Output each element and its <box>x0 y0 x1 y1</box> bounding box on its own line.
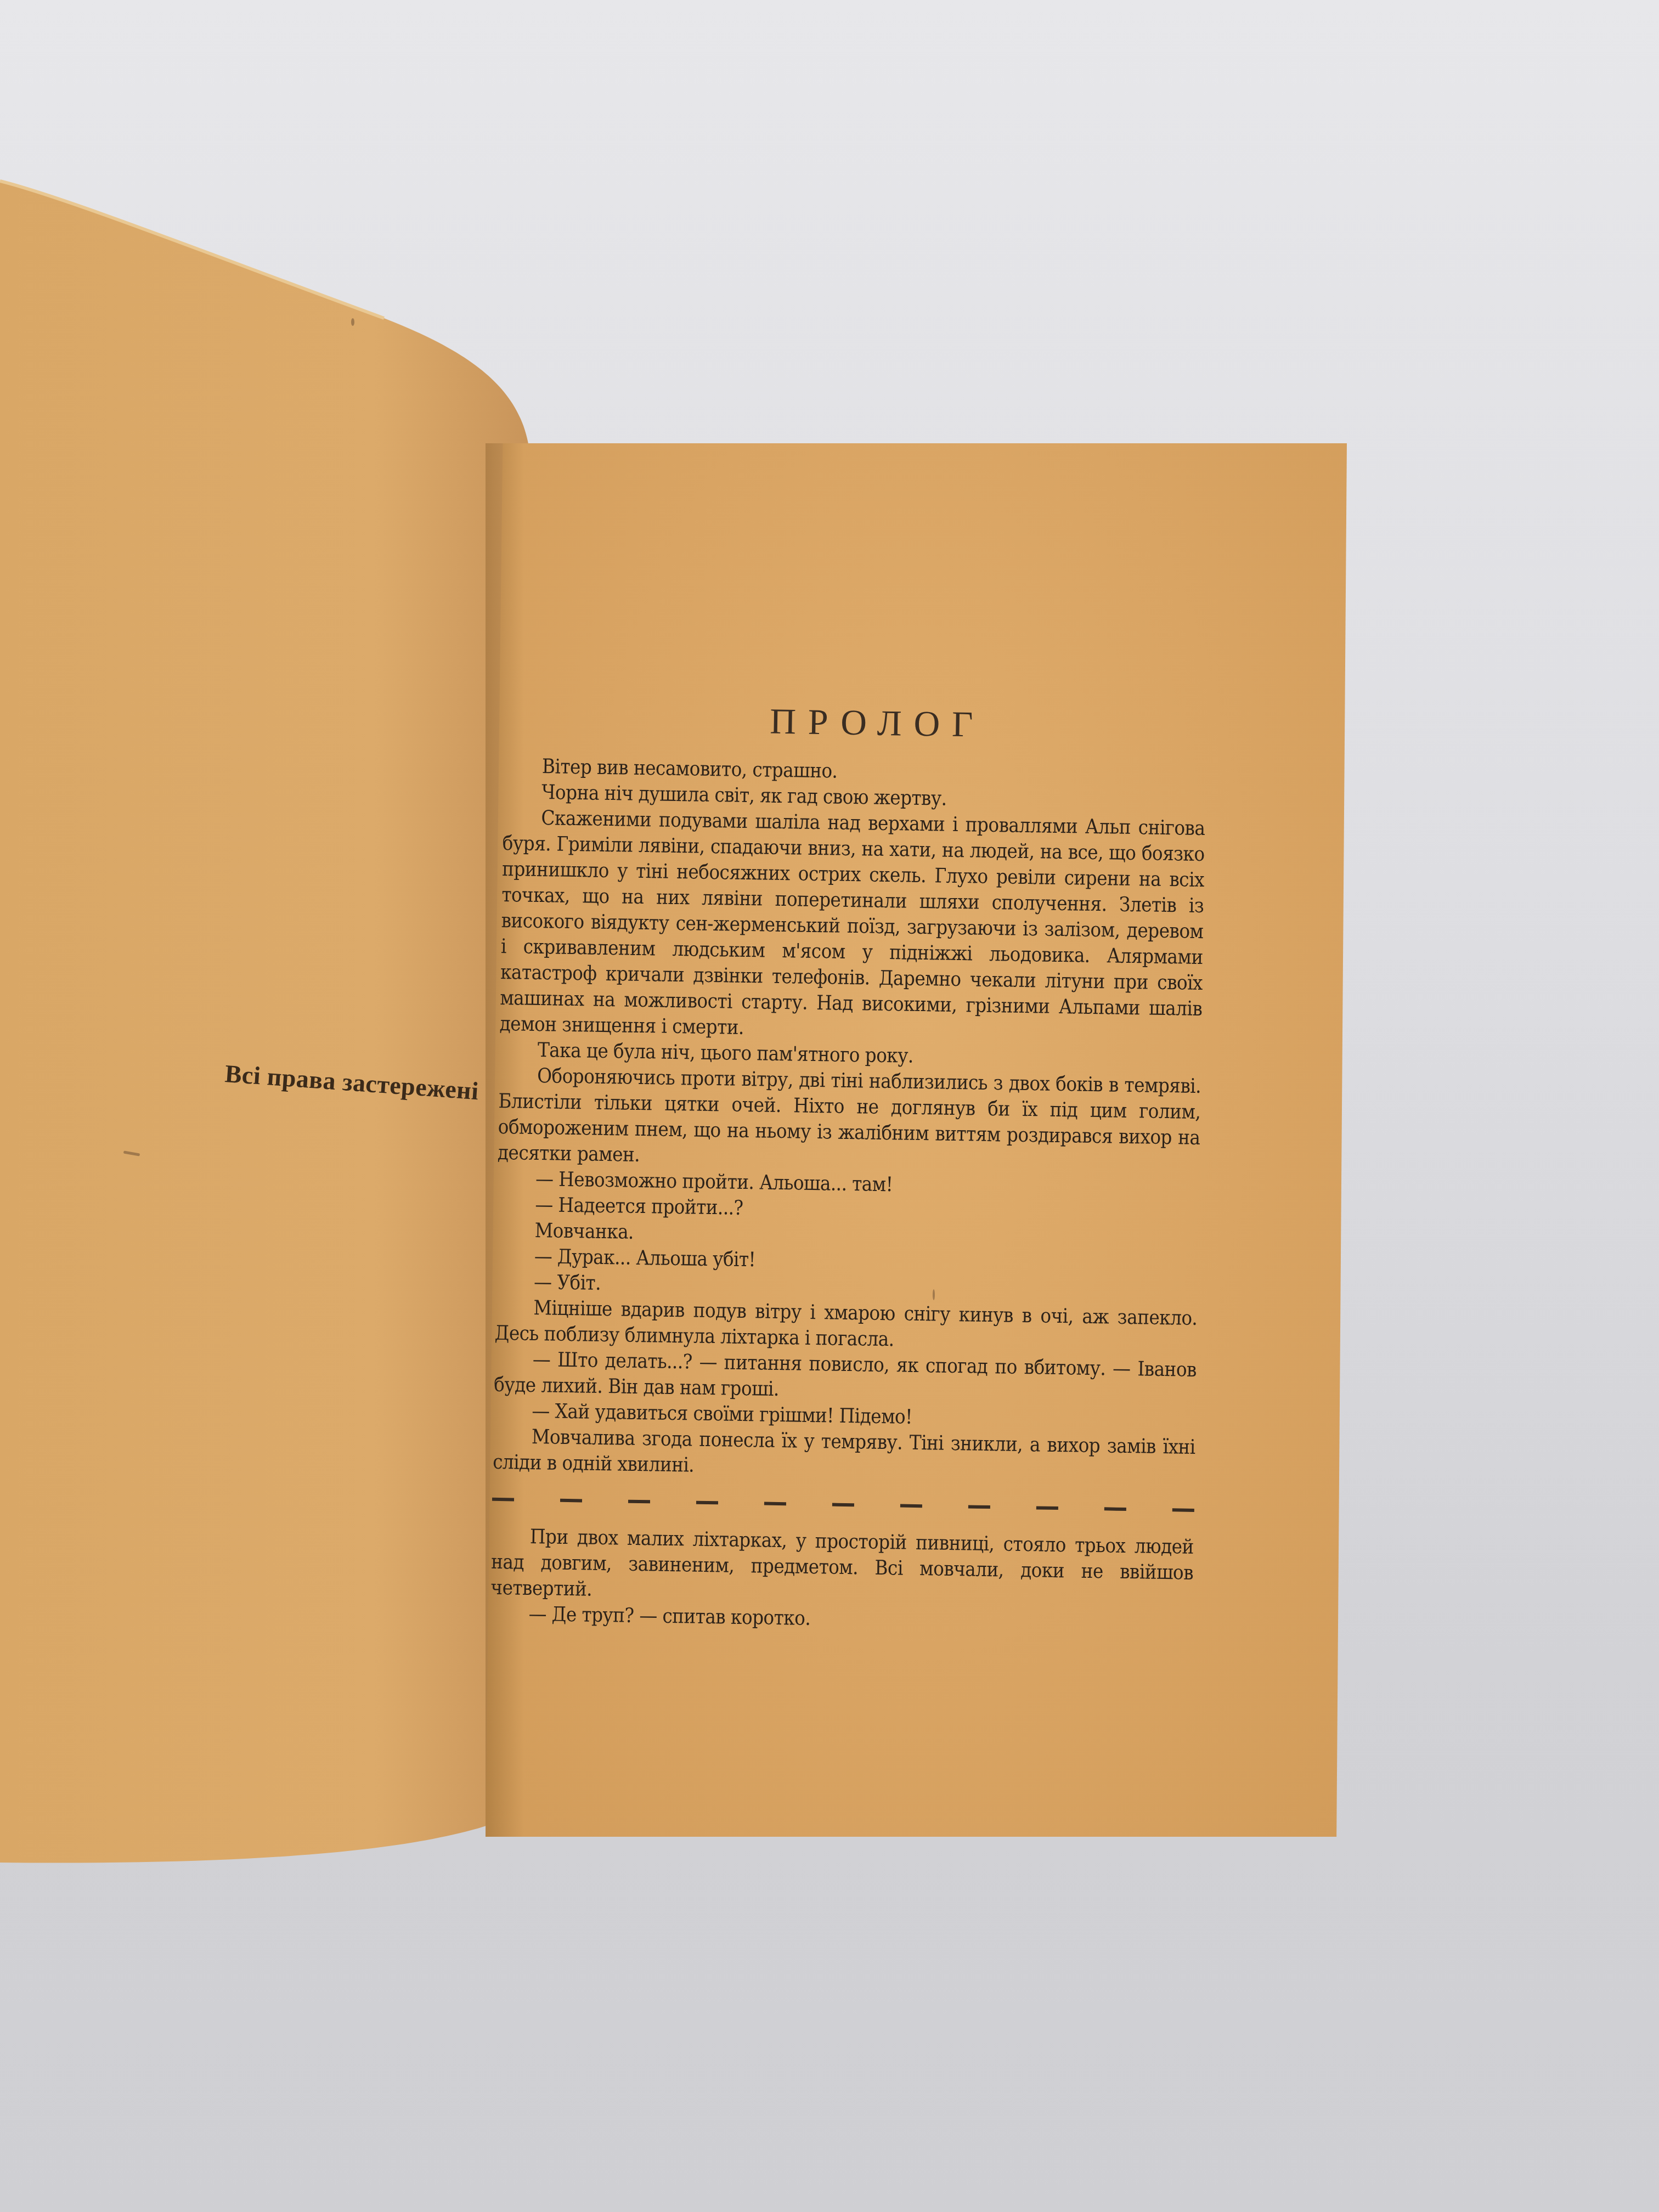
dash <box>764 1502 786 1506</box>
left-page-shape <box>0 0 549 1876</box>
dash <box>1172 1508 1194 1512</box>
dash <box>560 1499 582 1503</box>
paper-speck <box>933 1289 935 1300</box>
book-photo: Всі права застережені ПРОЛОГ Вітер вив н… <box>0 0 1659 2212</box>
left-page: Всі права застережені <box>0 0 549 1876</box>
dash <box>968 1505 990 1509</box>
paragraph: При двох малих ліхтарках, у просторій пи… <box>490 1523 1194 1611</box>
dash <box>832 1503 854 1507</box>
dash <box>628 1500 650 1504</box>
dash <box>900 1504 922 1508</box>
dash <box>492 1498 514 1502</box>
paragraph: Скаженими подувами шаліла над верхами і … <box>499 804 1205 1047</box>
dash <box>1104 1507 1126 1511</box>
paper-speck <box>351 318 354 326</box>
paragraph: Обороняючись проти вітру, дві тіні набли… <box>498 1062 1201 1176</box>
page-text: ПРОЛОГ Вітер вив несамовито, страшно. Чо… <box>490 697 1206 1637</box>
dash <box>696 1501 718 1505</box>
dash <box>1036 1506 1058 1510</box>
section-break <box>492 1498 1194 1512</box>
paragraph: Мовчалива згода понесла їх у темряву. Ті… <box>493 1423 1195 1486</box>
